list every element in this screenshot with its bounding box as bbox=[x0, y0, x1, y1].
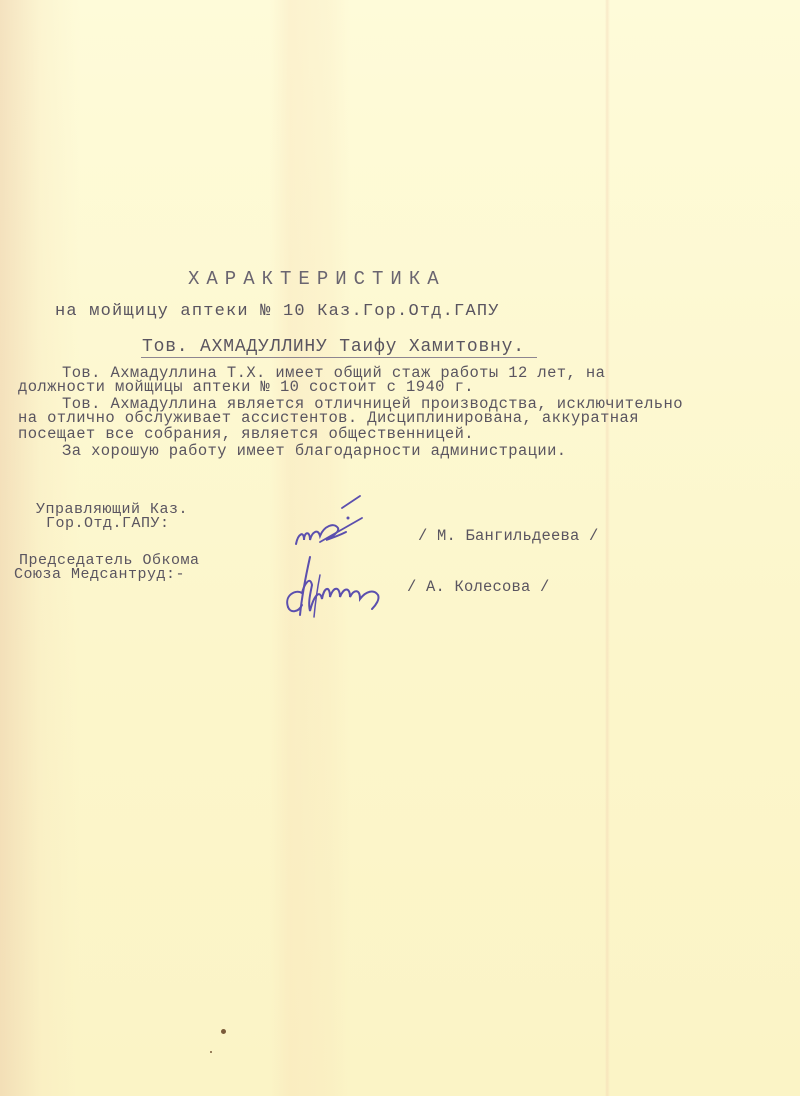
body-line: посещает все собрания, является обществе… bbox=[18, 427, 474, 443]
signatory-1-position: Гор.Отд.ГАПУ: bbox=[46, 515, 170, 532]
addressee-line: Тов. АХМАДУЛЛИНУ Таифу Хамитовну. bbox=[142, 337, 525, 357]
handwritten-signature-2 bbox=[280, 555, 395, 635]
paper-background bbox=[0, 0, 800, 1096]
document-title: ХАРАКТЕРИСТИКА bbox=[188, 268, 446, 290]
signatory-2-name: / А. Колесова / bbox=[407, 578, 550, 596]
signatory-1-name: / М. Бангильдеева / bbox=[418, 527, 599, 545]
document-subtitle: на мойщицу аптеки № 10 Каз.Гор.Отд.ГАПУ bbox=[55, 302, 500, 321]
handwritten-signature-1 bbox=[290, 490, 380, 560]
paper-spot bbox=[210, 1051, 212, 1053]
signatory-2-position: Союза Медсантруд:- bbox=[14, 566, 185, 583]
addressee-underline bbox=[141, 357, 537, 358]
paper-spot bbox=[221, 1029, 226, 1034]
body-line: За хорошую работу имеет благодарности ад… bbox=[62, 444, 566, 460]
body-line: должности мойщицы аптеки № 10 состоит с … bbox=[18, 380, 474, 396]
